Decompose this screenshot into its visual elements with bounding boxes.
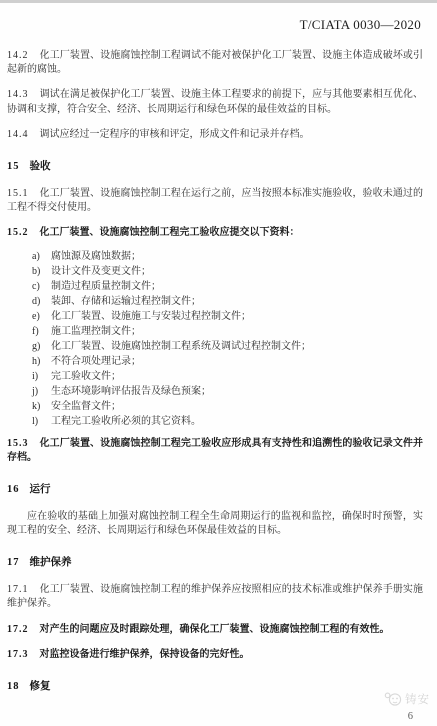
list-item: i)完工验收文件； [32, 369, 423, 384]
clause-text: 化工厂装置、设施腐蚀控制工程完工验收应形成具有支持性和追溯性的验收记录文件并存档… [7, 438, 423, 463]
list-marker: f) [32, 324, 51, 339]
list-text: 腐蚀源及腐蚀数据； [51, 251, 141, 262]
clause-number: 17.1 [7, 584, 29, 595]
list-item: b)设计文件及变更文件； [32, 264, 423, 279]
list-marker: b) [32, 264, 51, 279]
list-item: l)工程完工验收所必须的其它资料。 [32, 414, 423, 429]
list-marker: h) [32, 354, 51, 369]
clause-text: 化工厂装置、设施腐蚀控制工程完工验收应提交以下资料： [40, 227, 300, 238]
clause-text: 调试应经过一定程序的审核和评定，形成文件和记录并存档。 [40, 129, 310, 140]
clause-17-2: 17.2对产生的问题应及时跟踪处理，确保化工厂装置、设施腐蚀控制工程的有效性。 [7, 623, 423, 637]
list-text: 完工验收文件； [51, 371, 121, 382]
clause-15-3: 15.3化工厂装置、设施腐蚀控制工程完工验收应形成具有支持性和追溯性的验收记录文… [7, 437, 423, 465]
list-marker: l) [32, 414, 51, 429]
clause-text: 化工厂装置、设施腐蚀控制工程在运行之前，应当按照本标准实施验收，验收未通过的工程… [7, 188, 423, 213]
list-marker: c) [32, 279, 51, 294]
list-text: 化工厂装置、设施施工与安装过程控制文件； [51, 311, 251, 322]
list-text: 设计文件及变更文件； [51, 266, 151, 277]
list-marker: e) [32, 309, 51, 324]
list-text: 化工厂装置、设施腐蚀控制工程系统及调试过程控制文件； [51, 341, 311, 352]
list-item: j)生态环境影响评估报告及绿色预案； [32, 384, 423, 399]
clause-14-3: 14.3调试在满足被保护化工厂装置、设施主体工程要求的前提下，应与其他要素相互优… [7, 88, 423, 116]
clause-number: 15.2 [7, 227, 29, 238]
list-marker: a) [32, 249, 51, 264]
section-heading-17: 17维护保养 [7, 554, 423, 569]
clause-15-2: 15.2化工厂装置、设施腐蚀控制工程完工验收应提交以下资料： [7, 226, 423, 240]
list-text: 施工监理控制文件； [51, 326, 141, 337]
section-number: 17 [7, 557, 20, 568]
list-marker: i) [32, 369, 51, 384]
standard-number: T/CIATA 0030—2020 [7, 17, 421, 33]
clause-number: 14.3 [7, 89, 29, 100]
clause-14-4: 14.4调试应经过一定程序的审核和评定，形成文件和记录并存档。 [7, 128, 423, 142]
section-heading-16: 16运行 [7, 481, 423, 496]
list-text: 安全监督文件； [51, 401, 121, 412]
list-item: d)装卸、存储和运输过程控制文件； [32, 294, 423, 309]
section-title: 运行 [30, 484, 51, 495]
clause-text: 化工厂装置、设施腐蚀控制工程调试不能对被保护化工厂装置、设施主体造成破坏或引起新… [7, 50, 423, 75]
list-item: a)腐蚀源及腐蚀数据； [32, 249, 423, 264]
list-text: 不符合项处理记录； [51, 356, 141, 367]
list-text: 装卸、存储和运输过程控制文件； [51, 296, 201, 307]
clause-number: 17.2 [7, 624, 29, 635]
section-title: 修复 [30, 681, 51, 692]
clause-number: 15.1 [7, 188, 29, 199]
clause-17-1: 17.1化工厂装置、设施腐蚀控制工程的维护保养应按照相应的技术标准或维护保养手册… [7, 583, 423, 611]
clause-15-1: 15.1化工厂装置、设施腐蚀控制工程在运行之前，应当按照本标准实施验收，验收未通… [7, 187, 423, 215]
clause-number: 15.3 [7, 438, 29, 449]
section-heading-15: 15验收 [7, 158, 423, 173]
watermark-mascot-icon [384, 692, 402, 706]
watermark-label: 铸安 [405, 691, 430, 707]
section-number: 15 [7, 161, 20, 172]
section-16-paragraph: 应在验收的基础上加强对腐蚀控制工程全生命周期运行的监视和监控，确保时时预警，实现… [7, 510, 423, 538]
clause-number: 14.2 [7, 50, 29, 61]
clause-text: 对产生的问题应及时跟踪处理，确保化工厂装置、设施腐蚀控制工程的有效性。 [40, 624, 390, 635]
page-number: 6 [408, 711, 413, 722]
section-title: 维护保养 [30, 557, 72, 568]
clause-text: 对监控设备进行维护保养，保持设备的完好性。 [40, 649, 250, 660]
list-item: k)安全监督文件； [32, 399, 423, 414]
list-marker: g) [32, 339, 51, 354]
clause-text: 化工厂装置、设施腐蚀控制工程的维护保养应按照相应的技术标准或维护保养手册实施维护… [7, 584, 423, 609]
watermark: 铸安 [384, 691, 430, 707]
section-heading-18: 18修复 [7, 678, 423, 693]
list-marker: d) [32, 294, 51, 309]
clause-text: 调试在满足被保护化工厂装置、设施主体工程要求的前提下，应与其他要素相互优化、协调… [7, 89, 423, 114]
list-item: f)施工监理控制文件； [32, 324, 423, 339]
clause-17-3: 17.3对监控设备进行维护保养，保持设备的完好性。 [7, 648, 423, 662]
list-item: h)不符合项处理记录； [32, 354, 423, 369]
clause-number: 17.3 [7, 649, 29, 660]
list-text: 生态环境影响评估报告及绿色预案； [51, 386, 211, 397]
section-number: 16 [7, 484, 20, 495]
document-page: T/CIATA 0030—2020 14.2化工厂装置、设施腐蚀控制工程调试不能… [0, 0, 437, 726]
list-item: e)化工厂装置、设施施工与安装过程控制文件； [32, 309, 423, 324]
list-text: 工程完工验收所必须的其它资料。 [51, 416, 201, 427]
list-marker: j) [32, 384, 51, 399]
list-item: g)化工厂装置、设施腐蚀控制工程系统及调试过程控制文件； [32, 339, 423, 354]
section-title: 验收 [30, 161, 51, 172]
submittal-list: a)腐蚀源及腐蚀数据； b)设计文件及变更文件； c)制造过程质量控制文件； d… [7, 249, 423, 429]
list-item: c)制造过程质量控制文件； [32, 279, 423, 294]
list-text: 制造过程质量控制文件； [51, 281, 161, 292]
section-number: 18 [7, 681, 20, 692]
list-marker: k) [32, 399, 51, 414]
clause-number: 14.4 [7, 129, 29, 140]
clause-14-2: 14.2化工厂装置、设施腐蚀控制工程调试不能对被保护化工厂装置、设施主体造成破坏… [7, 49, 423, 77]
